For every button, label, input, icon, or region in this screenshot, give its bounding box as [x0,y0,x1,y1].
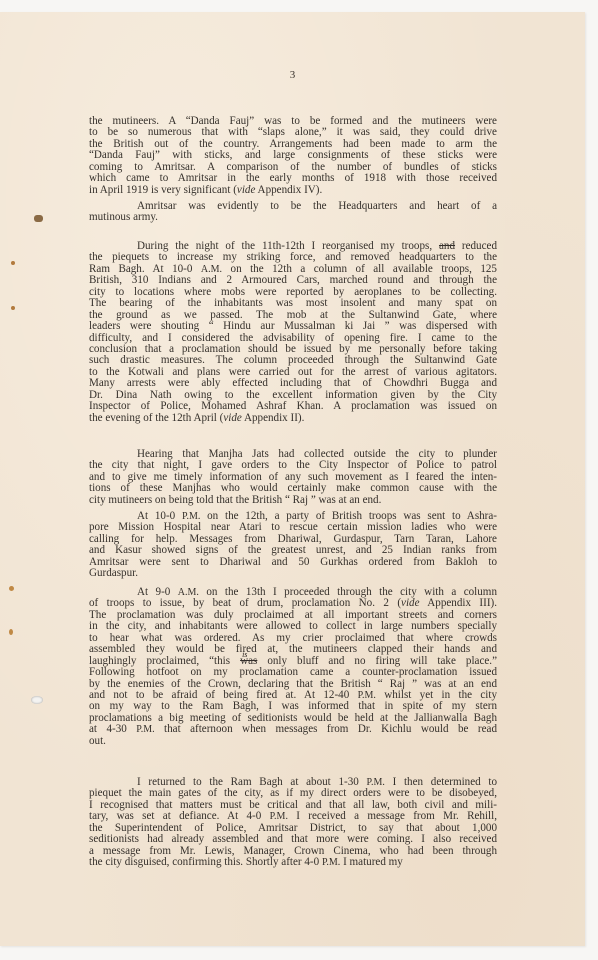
paper-stain [11,306,15,310]
struck-word: and [439,240,455,252]
text-line: which came to Amritsar in the early mont… [89,173,497,184]
text-line: seditionists had already assembled and t… [89,834,497,845]
paragraph-p5: At 10-0 P.M. on the 12th, a party of Bri… [89,511,497,580]
paragraph-p7: I returned to the Ram Bagh at about 1-30… [89,777,497,869]
text-line: leaders were shouting “ Hindu aur Mussal… [89,321,497,332]
punch-hole [31,696,43,704]
paragraph-p1: the mutineers. A “Danda Fauj” was to be … [89,116,497,196]
paragraph-p2: Amritsar was evidently to be the Headqua… [89,201,497,224]
paragraph-p4: Hearing that Manjha Jats had collected o… [89,449,497,506]
paper-stain [9,586,14,591]
text-line: the city disguised, confirming this. Sho… [89,857,497,868]
text-line: Following hotfoot on my proclamation cam… [89,667,497,678]
text-line: the evening of the 12th April (vide Appe… [89,413,497,424]
text-line: Many arrests were ably effected includin… [89,378,497,389]
text-line: The bearing of the inhabitants was most … [89,298,497,309]
text-line: Amritsar were sent to Dhariwal and 50 Gu… [89,557,497,568]
text-line: Gurdaspur. [89,568,497,579]
page-number: 3 [0,69,585,81]
paper-stain [34,215,43,222]
text-line: Inspector of Police, Mohamed Ashraf Khan… [89,401,497,412]
text-line: out. [89,736,497,747]
text-line: in April 1919 is very significant (vide … [89,185,497,196]
text-line: at 4-30 P.M. that afternoon when message… [89,724,497,735]
handwritten-correction: wasis [240,655,257,667]
paper-stain [9,629,13,635]
paper-stain [11,261,15,265]
text-line: mutinous army. [89,212,497,223]
paragraph-p6: At 9-0 A.M. on the 13th I proceeded thro… [89,587,497,747]
text-line: assembled they would be fired at, the mu… [89,644,497,655]
document-page: 3 the mutineers. A “Danda Fauj” was to b… [0,12,585,946]
paragraph-p3: During the night of the 11th-12th I reor… [89,241,497,424]
text-line: city mutineers on being told that the Br… [89,495,497,506]
